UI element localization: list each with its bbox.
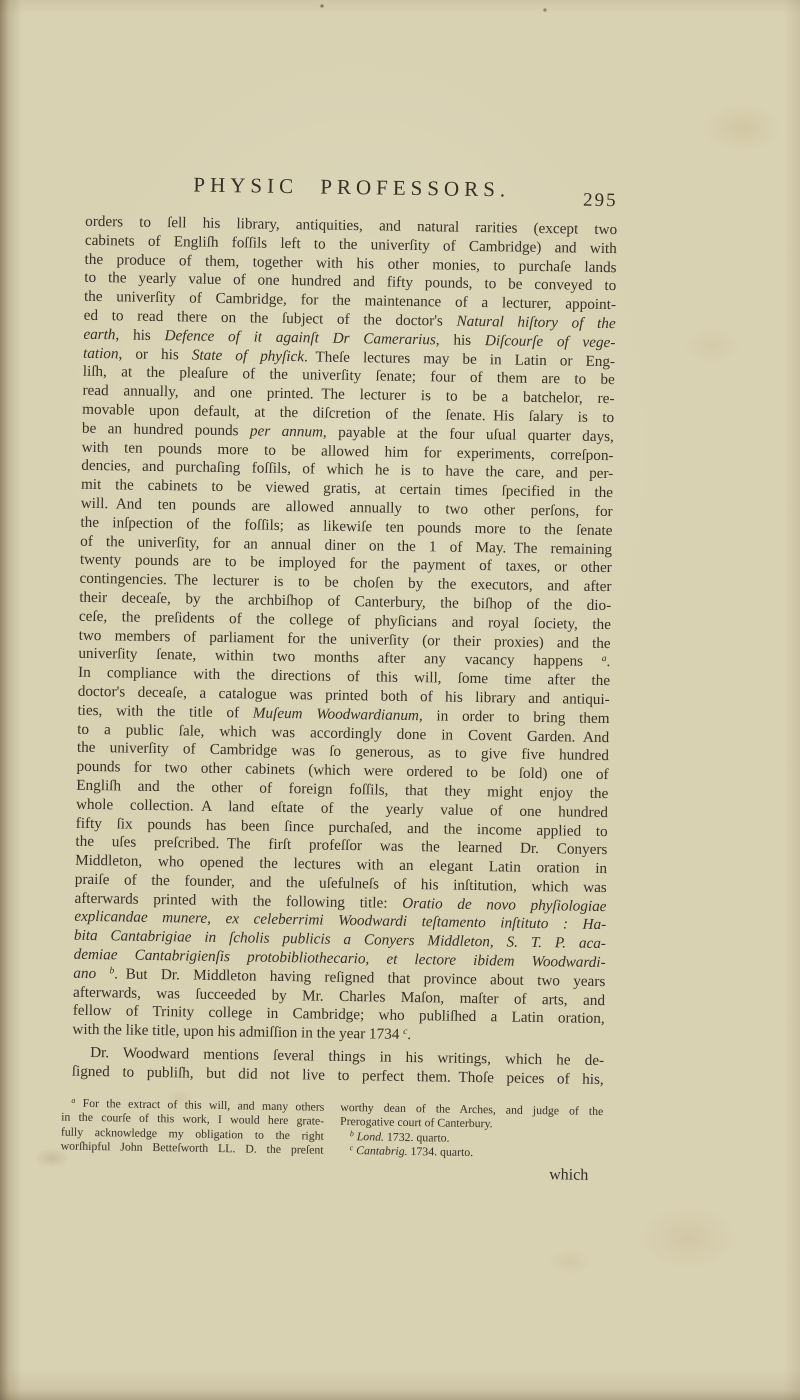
text-line: worſhipful John Betteſworth LL. D. the p… — [61, 1139, 324, 1158]
text-segment: , payable at the four uſual quarter days… — [323, 423, 614, 445]
page-header: PHYSIC PROFESSORS. 295 — [85, 168, 618, 216]
text-segment: ano — [73, 965, 96, 982]
footnote-left-column: a For the extract of this will, and many… — [61, 1095, 325, 1157]
footnote-right-column: worthy dean of the Arches, and judge of … — [340, 1100, 604, 1162]
text-segment: be an hundred pounds — [82, 420, 250, 440]
body-paragraph: Dr. Woodward mentions ſeveral things in … — [72, 1044, 605, 1090]
text-segment: 1732. quarto. — [384, 1129, 450, 1144]
text-segment: 1734. quarto. — [408, 1144, 474, 1159]
text-segment: Lond. — [357, 1129, 384, 1143]
page-body: orders to ſell his library, antiquities,… — [72, 213, 618, 1090]
book-page-scan: PHYSIC PROFESSORS. 295 orders to ſell hi… — [0, 0, 800, 1400]
catchword: which — [549, 1166, 588, 1184]
text-segment: . — [407, 1026, 411, 1043]
text-segment: , his — [436, 331, 485, 349]
text-segment: , in order to bring them — [419, 707, 610, 727]
footnotes: a For the extract of this will, and many… — [61, 1095, 604, 1162]
text-segment: tation — [83, 344, 119, 362]
text-segment: Cantabrig. — [356, 1143, 408, 1158]
page-content: PHYSIC PROFESSORS. 295 orders to ſell hi… — [70, 168, 618, 1185]
text-segment: , his — [115, 326, 164, 344]
text-segment: worſhipful John Betteſworth LL. D. the p… — [61, 1139, 324, 1157]
text-segment: State of phyſick — [192, 346, 304, 365]
catchword-row: which — [70, 1158, 602, 1184]
text-segment: Defence of it againſt Dr Camerarius — [164, 327, 436, 348]
page-number: 295 — [583, 190, 618, 213]
text-segment: Diſcourſe of vege- — [485, 332, 616, 351]
text-segment: Oratio de novo phyſiologiae — [402, 895, 607, 915]
text-line: c Cantabrig. 1734. quarto. — [340, 1143, 603, 1162]
text-segment: Natural hiſtory of the — [456, 313, 615, 332]
text-segment: , or his — [118, 345, 192, 363]
text-segment: per annum — [250, 422, 323, 440]
text-segment — [96, 965, 110, 982]
page-title: PHYSIC PROFESSORS. — [86, 168, 618, 204]
body-paragraph: orders to ſell his library, antiquities,… — [72, 213, 617, 1048]
text-segment: ties, with the title of — [77, 701, 253, 721]
text-segment: earth — [83, 326, 115, 344]
text-segment: Muſeum Woodwardianum — [253, 704, 419, 724]
text-segment: . — [606, 653, 610, 670]
